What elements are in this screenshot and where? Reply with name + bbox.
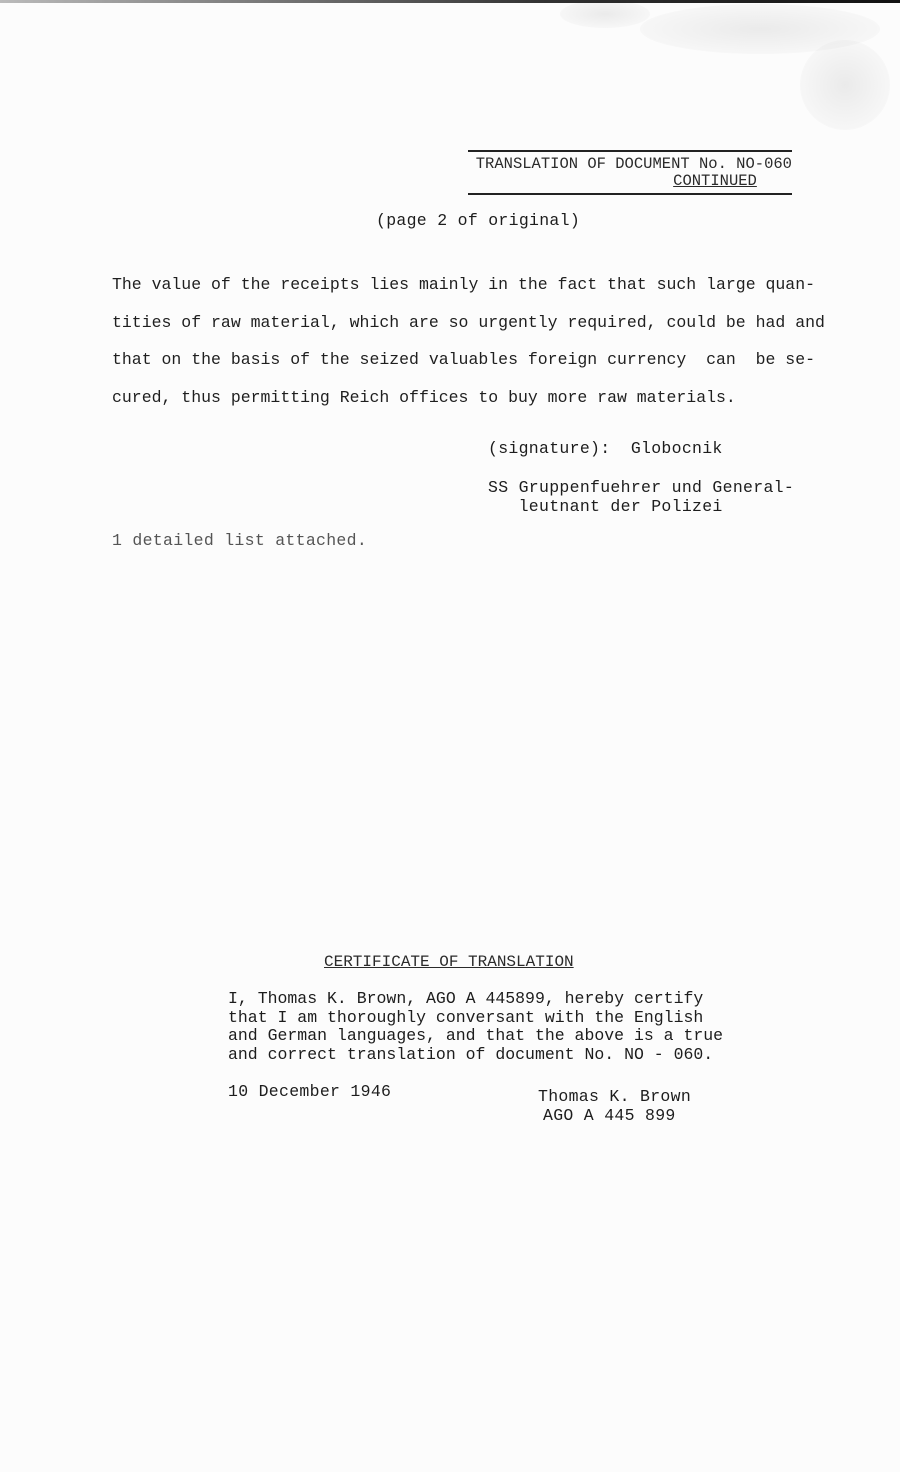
header-subtitle: CONTINUED (468, 173, 792, 190)
translator-name: Thomas K. Brown (538, 1087, 691, 1106)
document-header: TRANSLATION OF DOCUMENT No. NO-060 CONTI… (468, 150, 792, 195)
signature-line: (signature): Globocnik (488, 439, 723, 458)
translator-id: AGO A 445 899 (543, 1106, 676, 1125)
body-line: The value of the receipts lies mainly in… (112, 266, 802, 304)
certificate-line: and correct translation of document No. … (228, 1046, 723, 1065)
certificate-line: I, Thomas K. Brown, AGO A 445899, hereby… (228, 990, 723, 1009)
certificate-date: 10 December 1946 (228, 1082, 391, 1101)
signature-rank-line-1: SS Gruppenfuehrer und General- (488, 478, 794, 497)
scan-smudge (800, 40, 890, 130)
body-line: that on the basis of the seized valuable… (112, 341, 802, 379)
scan-smudge (560, 0, 650, 28)
certificate-line: that I am thoroughly conversant with the… (228, 1009, 723, 1028)
certificate-title: CERTIFICATE OF TRANSLATION (324, 953, 574, 971)
body-line: tities of raw material, which are so urg… (112, 304, 802, 342)
header-title: TRANSLATION OF DOCUMENT No. NO-060 (468, 156, 792, 173)
attachment-note: 1 detailed list attached. (112, 531, 367, 550)
body-paragraph: The value of the receipts lies mainly in… (112, 266, 802, 416)
certificate-body: I, Thomas K. Brown, AGO A 445899, hereby… (228, 990, 723, 1064)
scan-top-edge (0, 0, 900, 3)
document-page: TRANSLATION OF DOCUMENT No. NO-060 CONTI… (0, 0, 900, 1472)
page-note: (page 2 of original) (376, 211, 580, 230)
body-line: cured, thus permitting Reich offices to … (112, 379, 802, 417)
signature-rank-line-2: leutnant der Polizei (488, 497, 723, 516)
certificate-line: and German languages, and that the above… (228, 1027, 723, 1046)
